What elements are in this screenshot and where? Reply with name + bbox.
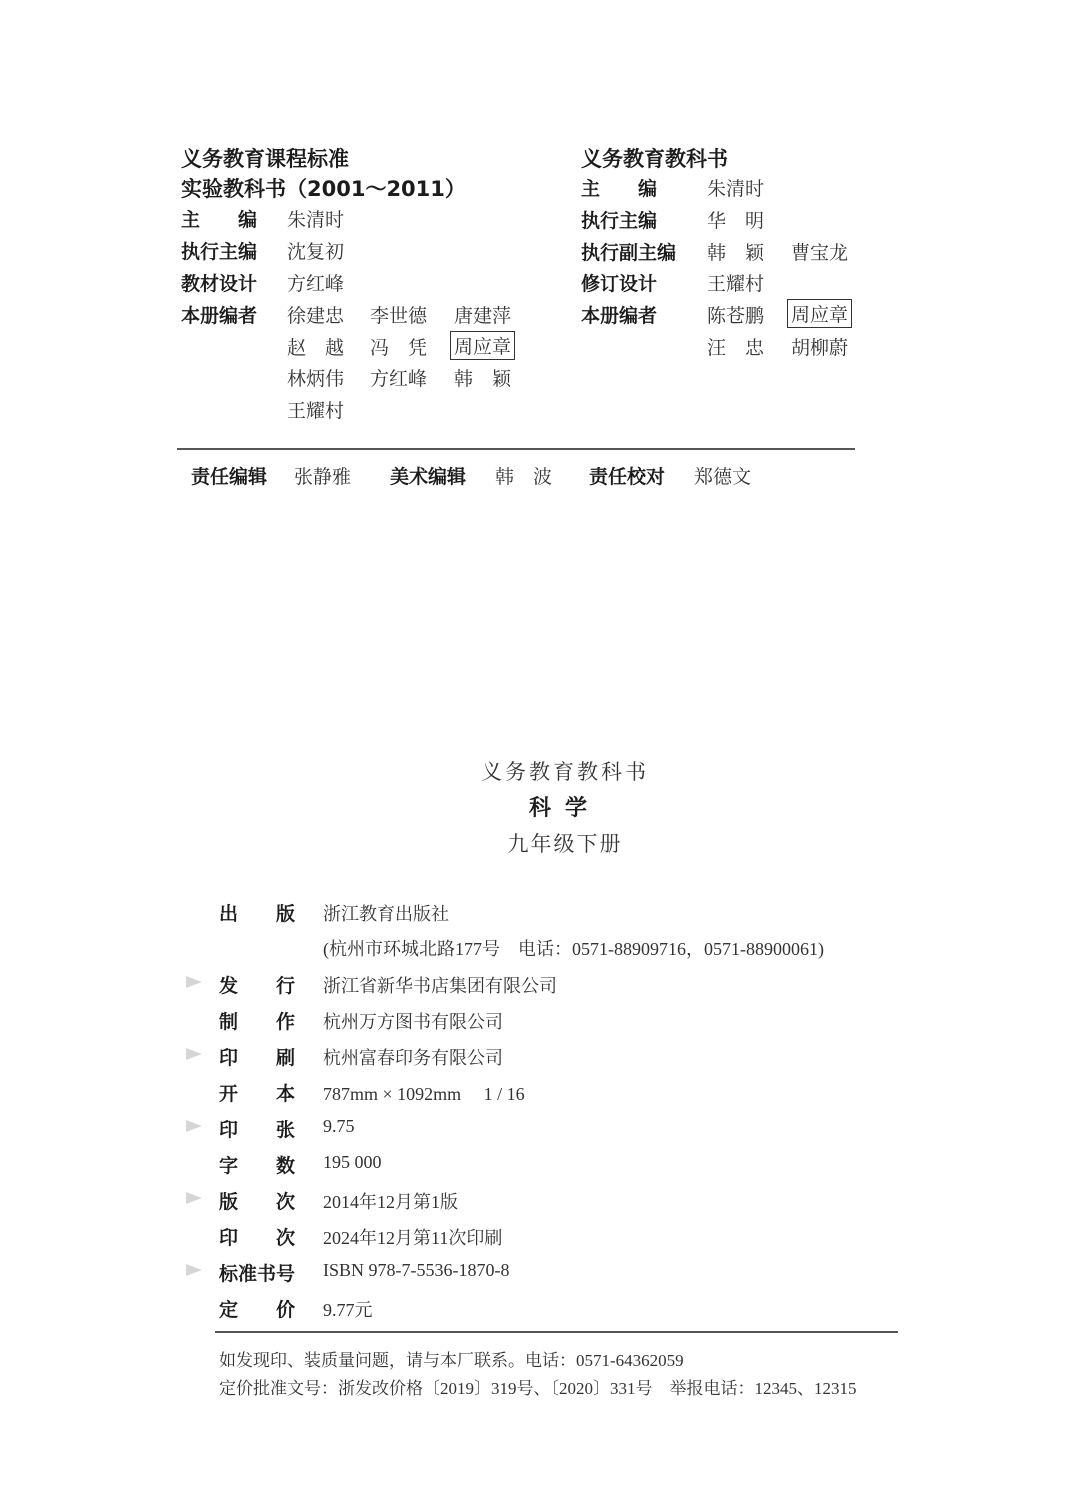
- divider-top: [177, 448, 855, 450]
- left-label-volume-editors: 本册编者: [181, 301, 257, 328]
- left-label-executive-editor: 执行主编: [181, 237, 257, 264]
- editor-label: 责任编辑: [191, 462, 267, 489]
- right-value-deputy-editor: 曹宝龙: [791, 238, 848, 265]
- left-editor-name: 赵 越: [287, 333, 344, 360]
- left-heading-line1: 义务教育课程标准: [181, 143, 349, 173]
- right-editor-name: 陈苍鹏: [707, 301, 764, 328]
- pub-label: 印 张: [219, 1115, 295, 1142]
- left-editor-name: 李世德: [370, 301, 427, 328]
- marker-triangle-icon: [186, 1120, 202, 1132]
- right-value-revision-design: 王耀村: [707, 269, 764, 296]
- left-heading-line2: 实验教科书（2001～2011）: [181, 173, 466, 203]
- left-editor-name-boxed: 周应章: [450, 331, 515, 360]
- left-label-chief-editor: 主 编: [181, 205, 257, 232]
- pub-label: 开 本: [219, 1079, 295, 1106]
- pub-value: 浙江教育出版社: [323, 900, 449, 926]
- pub-label: 印 次: [219, 1223, 295, 1250]
- left-editor-name: 方红峰: [370, 364, 427, 391]
- left-editor-name: 徐建忠: [287, 301, 344, 328]
- footer-quality-contact: 如发现印、装质量问题，请与本厂联系。电话：0571-64362059: [219, 1346, 684, 1371]
- book-series: 义务教育教科书: [0, 756, 1082, 786]
- marker-triangle-icon: [186, 1192, 202, 1204]
- pub-value: 浙江省新华书店集团有限公司: [323, 972, 557, 998]
- book-subject: 科学: [0, 791, 1082, 822]
- pub-value: 2014年12月第1版: [323, 1188, 458, 1214]
- pub-value: 杭州富春印务有限公司: [323, 1044, 503, 1070]
- left-editor-name: 韩 颖: [454, 364, 511, 391]
- pub-value: ISBN 978-7-5536-1870-8: [323, 1260, 510, 1281]
- pub-value: 杭州万方图书有限公司: [323, 1008, 503, 1034]
- right-label-revision-design: 修订设计: [581, 269, 657, 296]
- right-value-chief-editor: 朱清时: [707, 174, 764, 201]
- editor-label: 责任校对: [589, 462, 665, 489]
- pub-label: 版 次: [219, 1187, 295, 1214]
- pub-label: 字 数: [219, 1151, 295, 1178]
- editor-value: 张静雅: [294, 462, 351, 489]
- left-editor-name: 王耀村: [287, 396, 344, 423]
- pub-label: 定 价: [219, 1295, 295, 1322]
- marker-triangle-icon: [186, 976, 202, 988]
- pub-value: 195 000: [323, 1152, 382, 1173]
- left-value-chief-editor: 朱清时: [287, 205, 344, 232]
- pub-label: 出 版: [219, 899, 295, 926]
- pub-address: (杭州市环城北路177号 电话：0571-88909716，0571-88900…: [323, 935, 824, 961]
- editor-value: 郑德文: [694, 462, 751, 489]
- pub-label: 发 行: [219, 971, 295, 998]
- left-value-executive-editor: 沈复初: [287, 237, 344, 264]
- right-label-chief-editor: 主 编: [581, 174, 657, 201]
- pub-label: 标准书号: [219, 1259, 295, 1286]
- pub-label: 印 刷: [219, 1043, 295, 1070]
- divider-bottom: [215, 1331, 898, 1333]
- right-label-executive-editor: 执行主编: [581, 206, 657, 233]
- pub-value: 9.75: [323, 1116, 355, 1137]
- left-label-design: 教材设计: [181, 269, 257, 296]
- right-value-deputy-editor: 韩 颖: [707, 238, 764, 265]
- left-value-design: 方红峰: [287, 269, 344, 296]
- left-editor-name: 冯 凭: [370, 333, 427, 360]
- marker-triangle-icon: [186, 1048, 202, 1060]
- right-label-deputy-editor: 执行副主编: [581, 238, 676, 265]
- editor-label: 美术编辑: [390, 462, 466, 489]
- right-editor-name-boxed: 周应章: [787, 299, 852, 328]
- pub-value: 2024年12月第11次印刷: [323, 1224, 502, 1250]
- left-editor-name: 唐建萍: [454, 301, 511, 328]
- left-editor-name: 林炳伟: [287, 364, 344, 391]
- editor-value: 韩 波: [495, 462, 552, 489]
- right-label-volume-editors: 本册编者: [581, 301, 657, 328]
- right-editor-name: 胡柳蔚: [791, 333, 848, 360]
- right-editor-name: 汪 忠: [707, 333, 764, 360]
- pub-value: 9.77元: [323, 1296, 373, 1322]
- pub-label: 制 作: [219, 1007, 295, 1034]
- footer-price-approval: 定价批准文号：浙发改价格〔2019〕319号、〔2020〕331号 举报电话：1…: [219, 1374, 857, 1399]
- marker-triangle-icon: [186, 1264, 202, 1276]
- book-grade: 九年级下册: [0, 828, 1082, 858]
- right-heading: 义务教育教科书: [581, 143, 728, 173]
- pub-value: 787mm × 1092mm 1 / 16: [323, 1080, 525, 1106]
- right-value-executive-editor: 华 明: [707, 206, 764, 233]
